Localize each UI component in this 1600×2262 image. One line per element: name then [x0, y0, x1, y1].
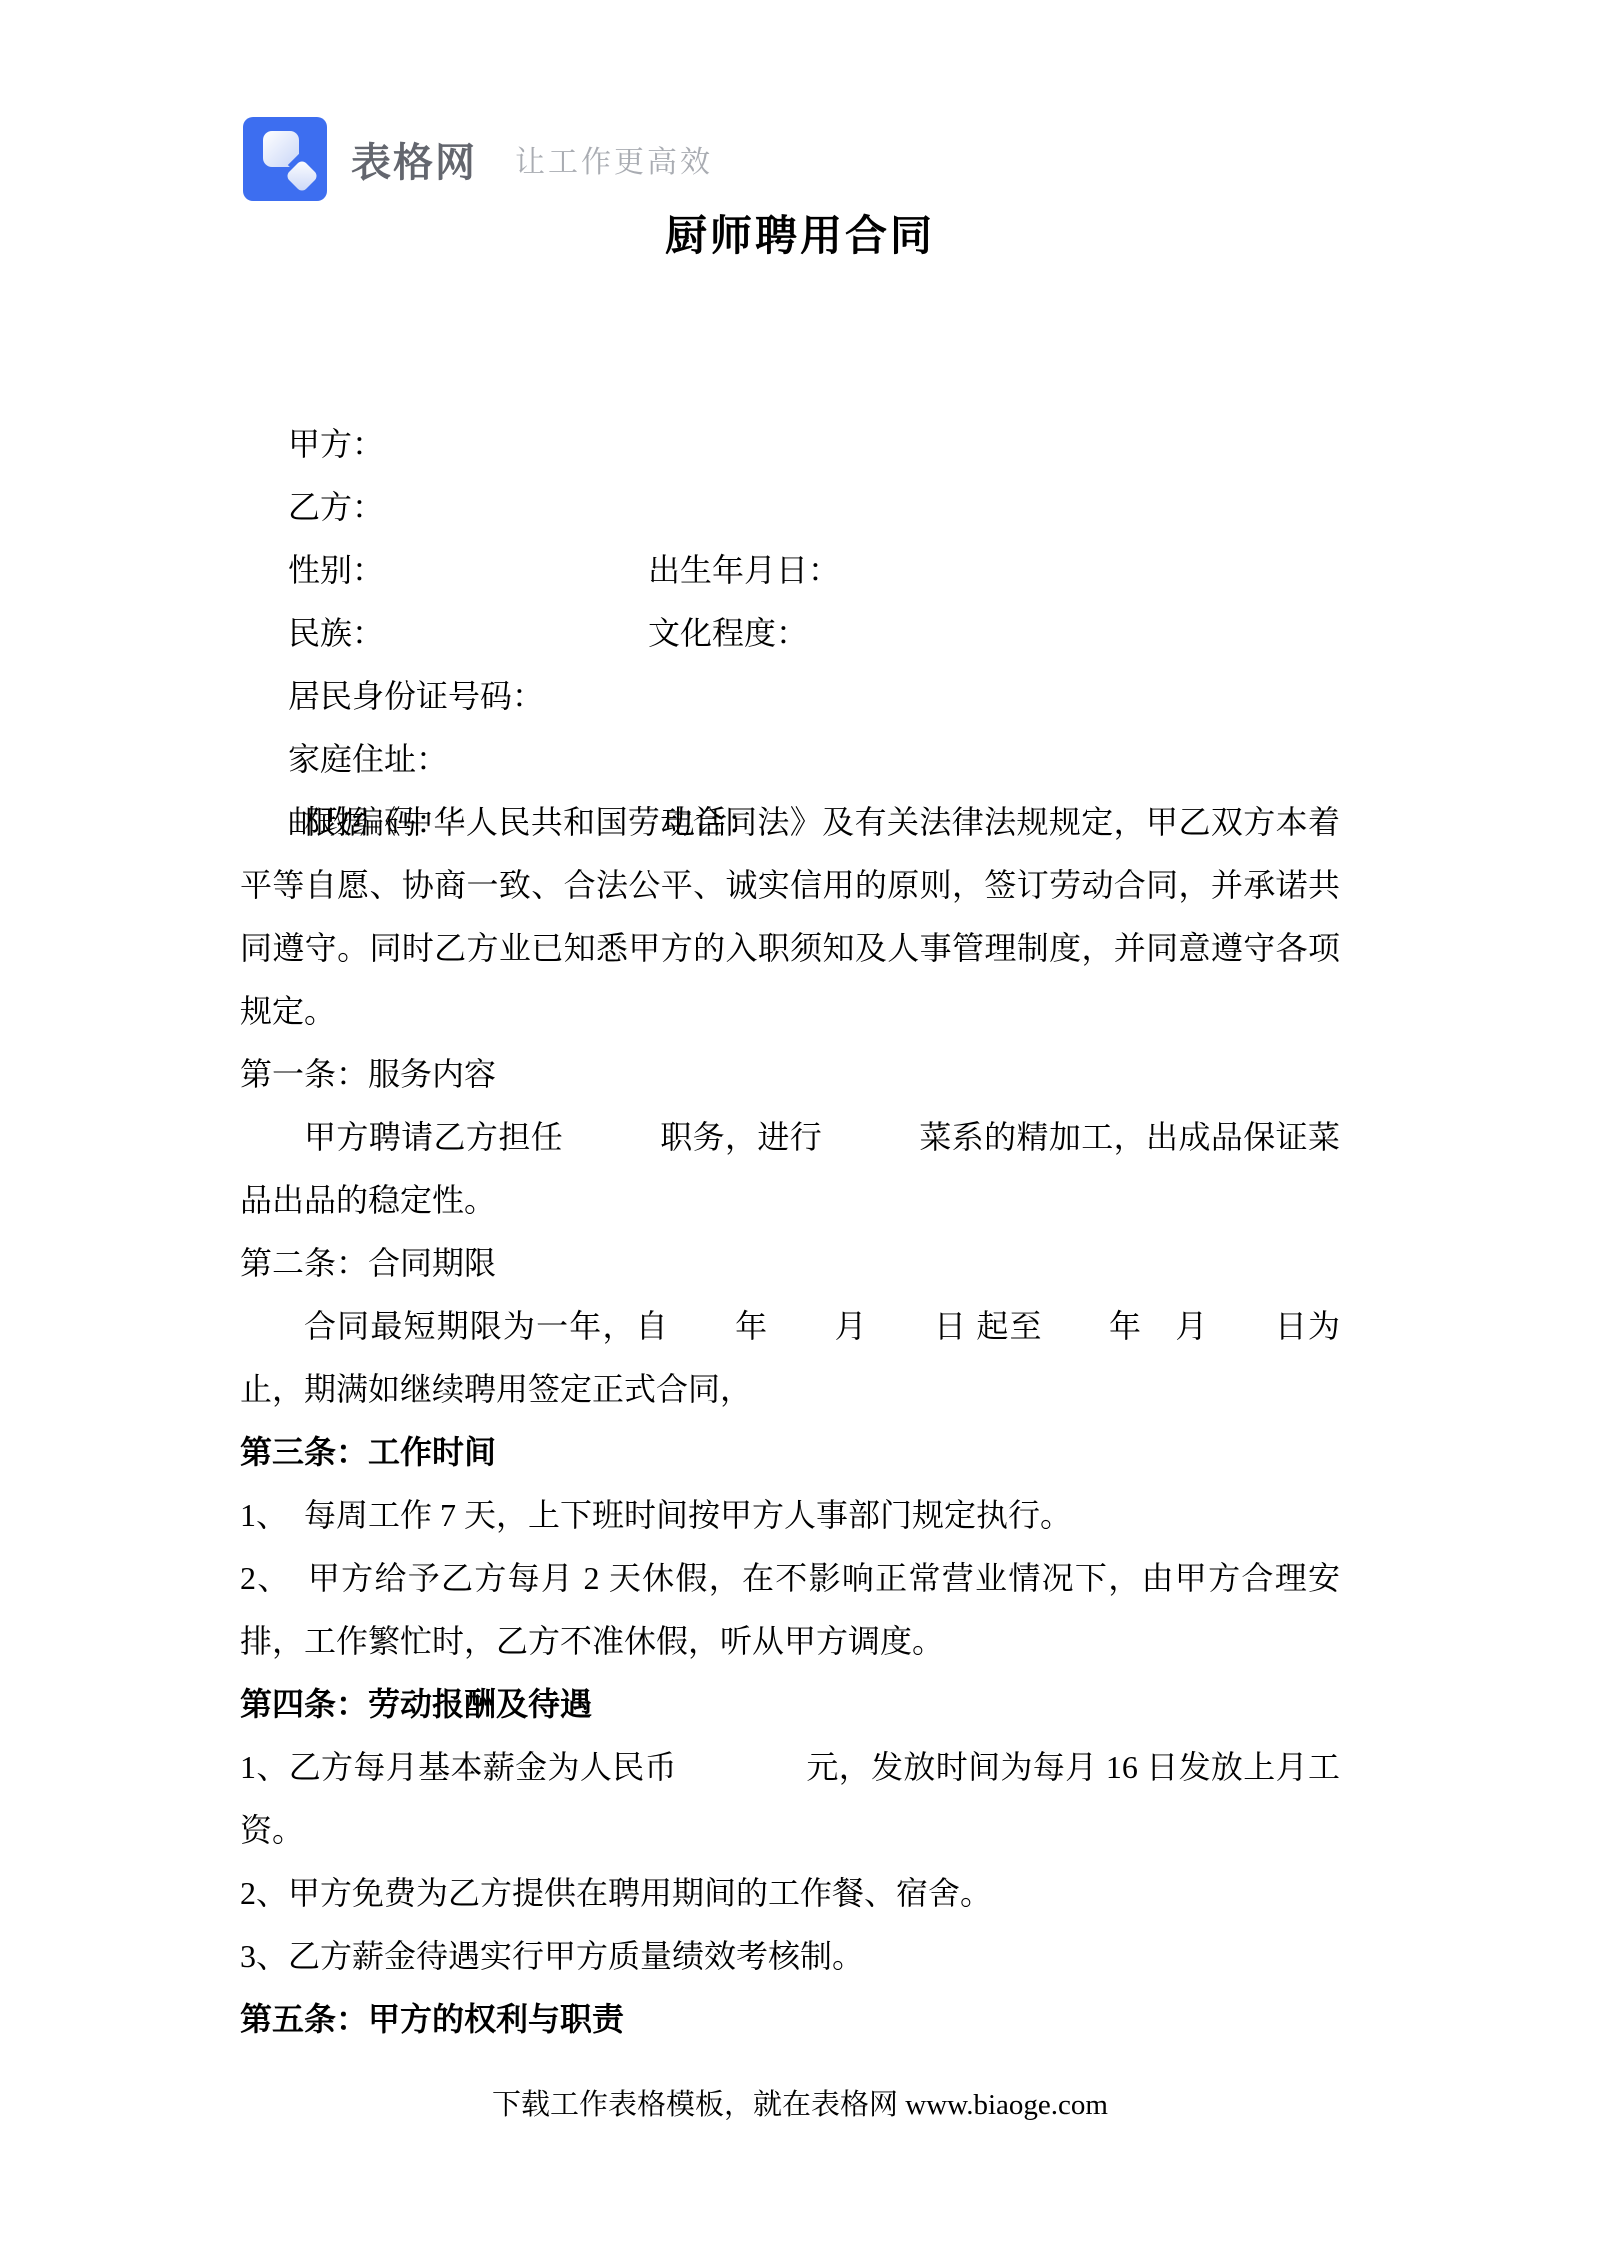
section-heading-3: 第三条：工作时间: [240, 1421, 1340, 1484]
form-label-id-number: 居民身份证号码：: [288, 665, 544, 728]
section-3-item-2: 2、 甲方给予乙方每月 2 天休假，在不影响正常营业情况下，由甲方合理安排，工作…: [240, 1547, 1340, 1673]
section-4-item-3: 3、乙方薪金待遇实行甲方质量绩效考核制。: [240, 1925, 1340, 1988]
contract-body: 甲方： 乙方： 性别：出生年月日： 民族：文化程度： 居民身份证号码： 家庭住址…: [240, 350, 1340, 2051]
section-heading-4: 第四条：劳动报酬及待遇: [240, 1673, 1340, 1736]
form-label-birthdate: 出生年月日：: [648, 539, 840, 602]
page-footer: 下载工作表格模板，就在表格网 www.biaoge.com: [0, 2083, 1600, 2127]
section-4-item-2: 2、甲方免费为乙方提供在聘用期间的工作餐、宿舍。: [240, 1862, 1340, 1925]
brand-text: 表格网: [351, 131, 477, 188]
section-heading-2: 第二条：合同期限: [240, 1232, 1340, 1295]
form-label-home-address: 家庭住址：: [288, 728, 448, 791]
document-page: 表格网 让工作更高效 厨师聘用合同 甲方： 乙方： 性别：出生年月日： 民族：文…: [0, 0, 1600, 2262]
section-3-item-1: 1、 每周工作 7 天，上下班时间按甲方人事部门规定执行。: [240, 1484, 1340, 1547]
section-1-paragraph: 甲方聘请乙方担任 职务，进行 菜系的精加工，出成品保证菜品出品的稳定性。: [240, 1106, 1340, 1232]
form-label-ethnic: 民族：: [288, 602, 648, 665]
slogan-text: 让工作更高效: [515, 137, 713, 181]
form-row-party-b: 乙方：: [240, 413, 1340, 476]
doc-title: 厨师聘用合同: [0, 203, 1600, 263]
section-4-item-1: 1、乙方每月基本薪金为人民币 元，发放时间为每月 16 日发放上月工资。: [240, 1736, 1340, 1862]
section-heading-5: 第五条：甲方的权利与职责: [240, 1988, 1340, 2051]
form-row-gender-birth: 性别：出生年月日：: [240, 476, 1340, 539]
form-label-education: 文化程度：: [648, 602, 808, 665]
section-heading-1: 第一条：服务内容: [240, 1043, 1340, 1106]
site-header: 表格网 让工作更高效: [243, 116, 713, 202]
form-row-party-a: 甲方：: [240, 350, 1340, 413]
footer-text: 下载工作表格模板，就在表格网 www.biaoge.com: [492, 2089, 1108, 2121]
form-label-party-b: 乙方：: [288, 476, 384, 539]
section-2-paragraph: 合同最短期限为一年，自 年 月 日 起至 年 月 日为止，期满如继续聘用签定正式…: [240, 1295, 1340, 1421]
form-label-party-a: 甲方：: [288, 413, 384, 476]
form-label-gender: 性别：: [288, 539, 648, 602]
biaoge-logo-icon: [243, 117, 327, 201]
preamble-paragraph: 根据《中华人民共和国劳动合同法》及有关法律法规规定，甲乙双方本着平等自愿、协商一…: [240, 791, 1340, 1043]
